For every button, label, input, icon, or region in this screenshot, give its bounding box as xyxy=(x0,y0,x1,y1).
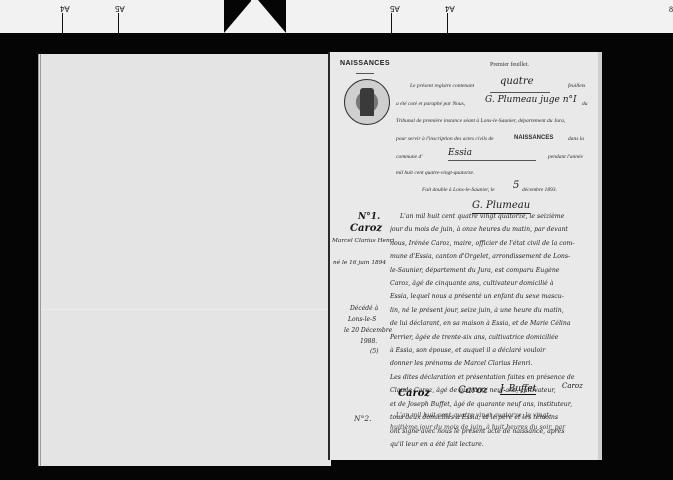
ruler-mark-a4-right: A4 xyxy=(445,4,455,13)
signature-4: Caroz xyxy=(562,382,583,390)
form-line4-prefix: pour servir à l'inscription des actes ci… xyxy=(396,136,494,142)
form-line4-bold: NAISSANCES xyxy=(514,135,553,141)
title-underline xyxy=(356,73,374,74)
form-line2-prefix: a été coté et paraphé par Nous, xyxy=(396,101,465,107)
page-edge xyxy=(598,52,602,460)
act1-line: Essia, lequel nous a présenté un enfant … xyxy=(390,290,595,303)
act1-line: L'an mil huit cent quatre vingt quatorze… xyxy=(390,210,595,223)
death-note-ref: (5) xyxy=(370,348,379,355)
right-page-register: NAISSANCES Premier feuillet. Le présent … xyxy=(328,52,600,460)
ruler-tick xyxy=(118,13,119,33)
act1-surname: Caroz xyxy=(350,223,382,234)
act1-line: jour du mois de juin, à onze heures du m… xyxy=(390,223,595,236)
act1-line: Perrier, âgée de trente-six ans, cultiva… xyxy=(390,331,595,344)
act2-line: L'an mil huit cent quatre vingt quatorze… xyxy=(390,410,595,422)
act1-line: à Essia, son épouse, et auquel il a décl… xyxy=(390,344,595,357)
signature-2: Caroz xyxy=(458,385,488,396)
death-note-line2: Lons-le-S xyxy=(348,316,376,323)
ruler-tick xyxy=(447,13,448,33)
form-line2-suffix: du xyxy=(582,101,588,107)
center-gap xyxy=(251,0,258,33)
death-note-line3: le 20 Décembre xyxy=(344,327,392,334)
form-line1-fill: quatre xyxy=(500,76,534,87)
form-line5-fill: Essia xyxy=(448,148,472,158)
act1-line: de lui déclarant, en sa maison à Essia, … xyxy=(390,317,595,330)
left-page-blank xyxy=(38,54,331,466)
act1-line: le-Saunier, département du Jura, est com… xyxy=(390,264,595,277)
act2-line: huitième jour du mois de juin, à huit he… xyxy=(390,422,595,434)
scan-ruler: A4 A5 A5 A4 8 xyxy=(0,0,673,33)
form-line5-suffix: pendant l'année xyxy=(548,154,583,160)
act1-given-names: Marcel Clarius Henri xyxy=(332,238,394,244)
republic-seal-icon xyxy=(344,79,390,125)
page-fold xyxy=(41,309,331,310)
done-at-day: 5 xyxy=(513,180,519,191)
act2-body: L'an mil huit cent quatre vingt quatorze… xyxy=(390,410,595,434)
form-line2-fill: G. Plumeau juge n°I xyxy=(485,95,577,105)
act1-line: lin, né le présent jour, seize juin, à u… xyxy=(390,304,595,317)
form-line5-prefix: commune d' xyxy=(396,154,422,160)
death-note-line1: Décédé à xyxy=(350,305,378,312)
done-at-prefix: Fait double à Lons-le-Saunier, le xyxy=(422,187,495,193)
fill-line xyxy=(490,92,550,93)
act1-line: qu'il leur en a été fait lecture. xyxy=(390,438,595,451)
signature-3: J. Buffet xyxy=(500,384,536,395)
signature-1: Caroz xyxy=(398,388,430,399)
act1-number: N°1. xyxy=(358,212,380,222)
act1-line: Caroz, âgé de cinquante ans, cultivateur… xyxy=(390,277,595,290)
act1-birth-note: né le 16 juin 1894 xyxy=(333,260,386,266)
sheet-label: Premier feuillet. xyxy=(490,62,529,68)
act1-line: mune d'Essia, canton d'Orgelet, arrondis… xyxy=(390,250,595,263)
form-line1-prefix: Le présent registre contenant xyxy=(410,83,474,89)
form-line6: mil huit cent quatre-vingt-quatorze. xyxy=(396,170,474,176)
ruler-mark-a5-left: A5 xyxy=(115,4,125,13)
center-triangle-right xyxy=(258,0,286,33)
form-line1-suffix: feuillets xyxy=(568,83,585,89)
center-triangle-left xyxy=(224,0,252,33)
fill-line xyxy=(448,160,536,161)
ruler-tick xyxy=(62,13,63,33)
ruler-mark-a4-left: A4 xyxy=(60,4,70,13)
done-at-suffix: décembre 1893. xyxy=(522,187,557,193)
form-line3: Tribunal de première instance séant à Lo… xyxy=(396,118,565,124)
section-title: NAISSANCES xyxy=(340,60,390,67)
act2-number: N°2. xyxy=(354,414,371,423)
ruler-mark-a5-right: A5 xyxy=(390,4,400,13)
form-line4-suffix: dans la xyxy=(568,136,584,142)
act1-line: nous, Irénée Caroz, maire, officier de l… xyxy=(390,237,595,250)
death-note-line4: 1988. xyxy=(360,338,377,345)
ruler-tick xyxy=(391,13,392,33)
ruler-edge-label: 8 xyxy=(669,5,673,14)
act1-line: donner les prénoms de Marcel Clarius Hen… xyxy=(390,357,595,370)
